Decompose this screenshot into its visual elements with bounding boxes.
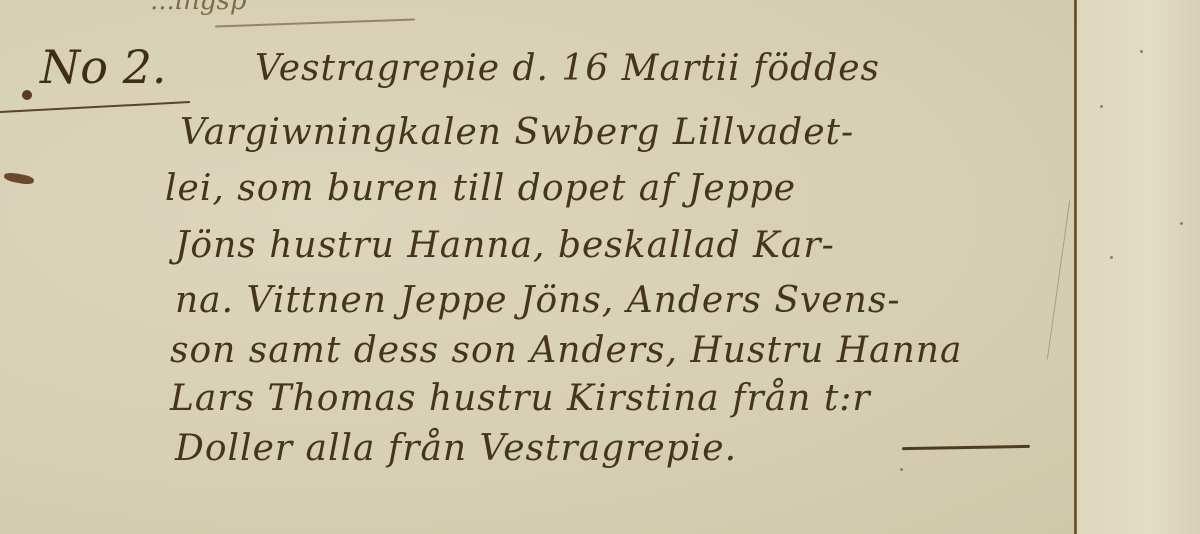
paper-speck: [1140, 50, 1143, 53]
paper-speck: [1100, 105, 1103, 108]
record-line-2: Vargiwningkalen Swberg Lillvadet-: [180, 112, 854, 153]
record-line-1: Vestragrepie d. 16 Martii föddes: [255, 48, 880, 89]
paper-speck: [1180, 222, 1183, 225]
record-line-8: Doller alla från Vestragrepie.: [175, 428, 737, 469]
record-line-4: Jöns hustru Hanna, beskallad Kar-: [175, 225, 835, 266]
paper-speck: [900, 468, 903, 471]
paper-speck: [1110, 256, 1113, 259]
record-line-5: na. Vittnen Jeppe Jöns, Anders Svens-: [175, 280, 900, 321]
entry-number-text: No 2.: [40, 40, 166, 94]
entry-number: No 2.: [40, 40, 166, 94]
record-line-7: Lars Thomas hustru Kirstina från t:r: [170, 378, 871, 419]
record-line-3: lei, som buren till dopet af Jeppe: [165, 168, 796, 209]
previous-entry-fragment: ...ingsp: [150, 0, 246, 16]
ink-dot: [22, 90, 32, 100]
facing-page: [1077, 0, 1200, 534]
record-line-6: son samt dess son Anders, Hustru Hanna: [170, 330, 962, 371]
